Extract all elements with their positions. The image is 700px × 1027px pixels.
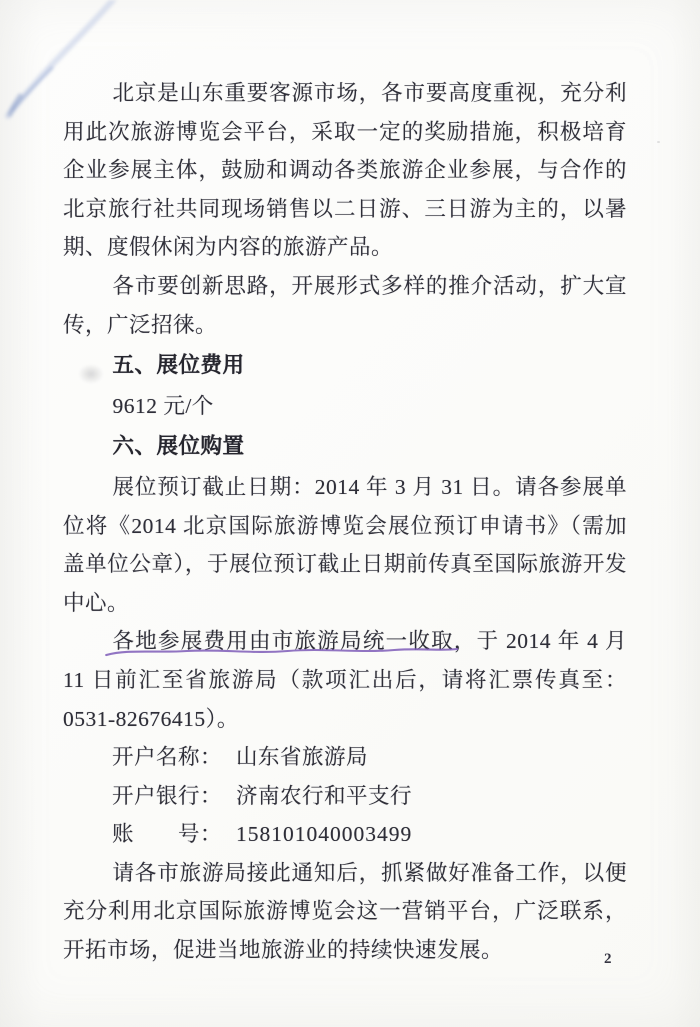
bank-account-number-label: 账 号： [112,815,224,854]
page-number: 2 [604,951,612,968]
paragraph-innovation: 各市要创新思路，开展形式多样的推介活动，扩大宣传，广泛招徕。 [63,267,627,344]
paragraph-closing: 请各市旅游局接此通知后，抓紧做好准备工作，以便充分利用北京国际旅游博览会这一营销… [63,854,627,970]
paragraph-beijing-market: 北京是山东重要客源市场，各市要高度重视，充分利用此次旅游博览会平台，采取一定的奖… [63,74,627,267]
document-body: 北京是山东重要客源市场，各市要高度重视，充分利用此次旅游博览会平台，采取一定的奖… [63,74,627,970]
bank-row-account-number: 账 号： 158101040003499 [63,815,627,854]
paragraph-fee-collection: 各地参展费用由市旅游局统一收取，于 2014 年 4 月 11 日前汇至省旅游局… [63,622,627,738]
fee-collection-underlined-wrap: 各地参展费用由市旅游局统一收取 [112,629,453,653]
bank-account-name-value: 山东省旅游局 [236,738,368,777]
bank-row-bank-name: 开户银行： 济南农行和平支行 [63,777,627,816]
bank-row-account-name: 开户名称： 山东省旅游局 [63,738,627,777]
paragraph-booking-deadline: 展位预订截止日期：2014 年 3 月 31 日。请各参展单位将《2014 北京… [63,468,627,622]
section-heading-5-booth-fee: 五、展位费用 [63,346,627,385]
bank-name-label: 开户银行： [112,777,224,816]
bank-account-name-label: 开户名称： [112,738,224,777]
bank-name-value: 济南农行和平支行 [236,777,412,816]
section-heading-6-booth-purchase: 六、展位购置 [63,427,627,466]
scanned-document-page: 北京是山东重要客源市场，各市要高度重视，充分利用此次旅游博览会平台，采取一定的奖… [0,0,700,1027]
scan-speck-artifact [657,141,660,143]
booth-price-line: 9612 元/个 [63,387,627,426]
fee-collection-underlined-text: 各地参展费用由市旅游局统一收取 [112,629,453,653]
bank-account-number-value: 158101040003499 [236,815,412,854]
